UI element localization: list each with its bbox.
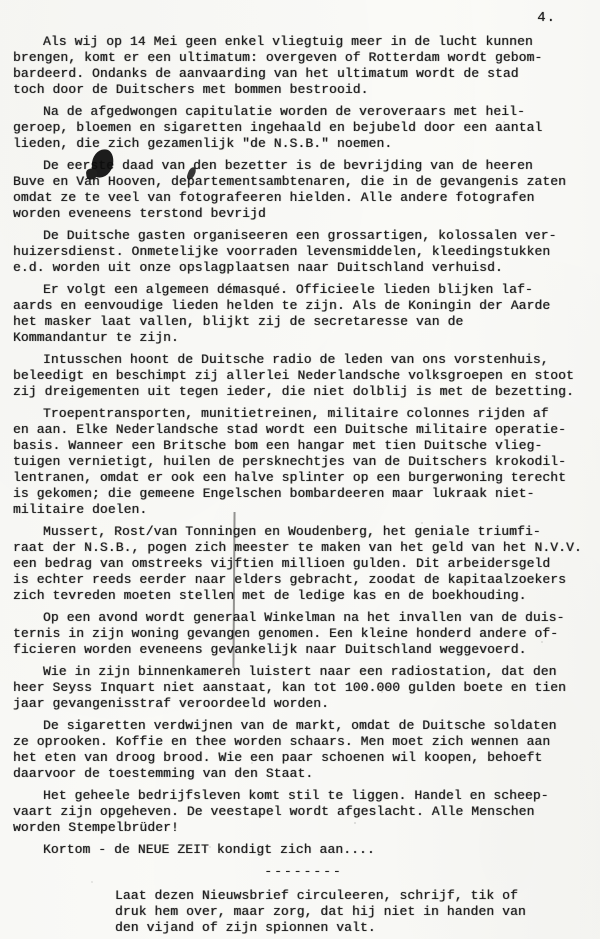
separator-dashes: --------	[13, 864, 594, 880]
paragraph: Als wij op 14 Mei geen enkel vliegtuig m…	[13, 34, 594, 98]
closing-note: Laat dezen Nieuwsbrief circuleeren, schr…	[115, 888, 594, 936]
paragraph: De sigaretten verdwijnen van de markt, o…	[13, 718, 594, 782]
scanned-page: 4. Als wij op 14 Mei geen enkel vliegtui…	[0, 0, 600, 939]
paragraph: Op een avond wordt generaal Winkelman na…	[13, 610, 594, 658]
paragraph: Wie in zijn binnenkameren luistert naar …	[13, 664, 594, 712]
paragraph: Kortom - de NEUE ZEIT kondigt zich aan..…	[13, 842, 594, 858]
paragraph: Na de afgedwongen capitulatie worden de …	[13, 104, 594, 152]
paragraph: Er volgt een algemeen démasqué. Officiee…	[13, 282, 594, 346]
paragraph: De Duitsche gasten organiseeren een gros…	[13, 228, 594, 276]
paragraph: Mussert, Rost/van Tonningen en Woudenber…	[13, 524, 594, 604]
paragraph: Intusschen hoont de Duitsche radio de le…	[13, 352, 594, 400]
paragraph: Het geheele bedrijfsleven komt stil te l…	[13, 788, 594, 836]
paragraph: Troepentransporten, munitietreinen, mili…	[13, 406, 594, 518]
page-content: Als wij op 14 Mei geen enkel vliegtuig m…	[0, 0, 600, 936]
